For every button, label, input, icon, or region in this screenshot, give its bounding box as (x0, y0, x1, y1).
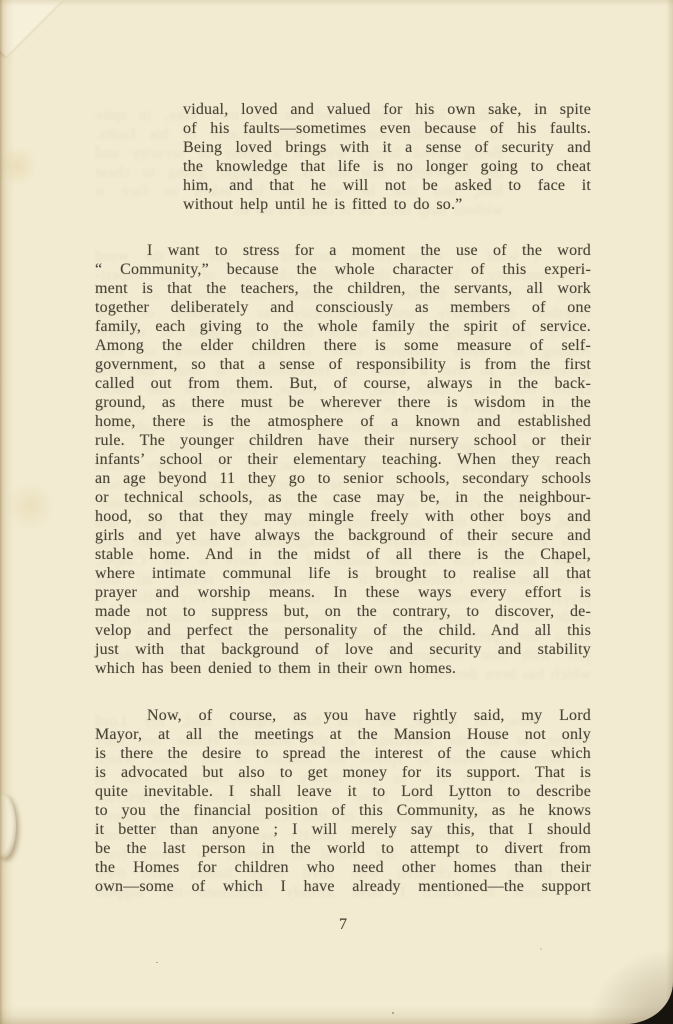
text-line: home, there is the atmosphere of a known… (95, 412, 591, 431)
text-line: family, each giving to the whole family … (95, 317, 591, 336)
paper-speck (156, 962, 158, 963)
text-line: Being loved brings with it a sense of se… (183, 138, 591, 157)
page-edge-right (666, 0, 673, 1024)
paragraph-mansion-house: Now, of course, as you have rightly said… (95, 706, 591, 896)
text-line: ground, as there must be wherever there … (95, 393, 591, 412)
text-line: to you the financial position of this Co… (95, 801, 591, 820)
text-line: just with that background of love and se… (95, 640, 591, 659)
text-line: called out from them. But, of course, al… (95, 374, 591, 393)
text-line: it better than anyone ; I will merely sa… (95, 820, 591, 839)
text-line: hood, so that they may mingle freely wit… (95, 507, 591, 526)
text-line: Mayor, at all the meetings at the Mansio… (95, 725, 591, 744)
page-edge-bottom (0, 1006, 673, 1024)
text-line: Among the elder children there is some m… (95, 336, 591, 355)
paper-stain (0, 146, 38, 186)
text-line: I want to stress for a moment the use of… (95, 241, 591, 260)
page-corner-fold (0, 0, 63, 57)
page-number: 7 (95, 916, 591, 934)
text-line: an age beyond 11 they go to senior schoo… (95, 469, 591, 488)
text-line: government, so that a sense of responsib… (95, 355, 591, 374)
quoted-passage: vidual, loved and valued for his own sak… (183, 100, 591, 214)
text-line: is there the desire to spread the intere… (95, 744, 591, 763)
text-line: the Homes for children who need other ho… (95, 858, 591, 877)
paper-speck (540, 948, 542, 950)
corner-curl-shadow (577, 938, 673, 1024)
text-line: infants’ school or their elementary teac… (95, 450, 591, 469)
text-line: the knowledge that life is no longer goi… (183, 157, 591, 176)
scanned-book-page: vidual, loved and valued for his own sak… (0, 0, 673, 1024)
text-line: vidual, loved and valued for his own sak… (183, 100, 591, 119)
text-line: Now, of course, as you have rightly said… (95, 706, 591, 725)
page-text-column: vidual, loved and valued for his own sak… (95, 100, 591, 896)
text-line: velop and perfect the personality of the… (95, 621, 591, 640)
text-line: or technical schools, as the case may be… (95, 488, 591, 507)
torn-edge-spot (0, 794, 16, 858)
text-line: quite inevitable. I shall leave it to Lo… (95, 782, 591, 801)
text-line: without help until he is fitted to do so… (183, 195, 591, 214)
text-line: be the last person in the world to attem… (95, 839, 591, 858)
text-line: him, and that he will not be asked to fa… (183, 176, 591, 195)
text-line: ment is that the teachers, the children,… (95, 279, 591, 298)
text-line: where intimate communal life is brought … (95, 564, 591, 583)
text-line: of his faults—sometimes even because of … (183, 119, 591, 138)
text-line: together deliberately and consciously as… (95, 298, 591, 317)
text-line: stable home. And in the midst of all the… (95, 545, 591, 564)
text-line: girls and yet have always the background… (95, 526, 591, 545)
text-line: “ Community,” because the whole characte… (95, 260, 591, 279)
paper-stain (4, 482, 56, 530)
text-line: made not to suppress but, on the contrar… (95, 602, 591, 621)
text-line: prayer and worship means. In these ways … (95, 583, 591, 602)
text-line: is advocated but also to get money for i… (95, 763, 591, 782)
paragraph-community: I want to stress for a moment the use of… (95, 241, 591, 678)
paper-speck (392, 1012, 394, 1014)
page-edge-top (0, 0, 673, 6)
text-line: own—some of which I have already mention… (95, 877, 591, 896)
text-line: rule. The younger children have their nu… (95, 431, 591, 450)
text-line: which has been denied to them in their o… (95, 659, 591, 678)
